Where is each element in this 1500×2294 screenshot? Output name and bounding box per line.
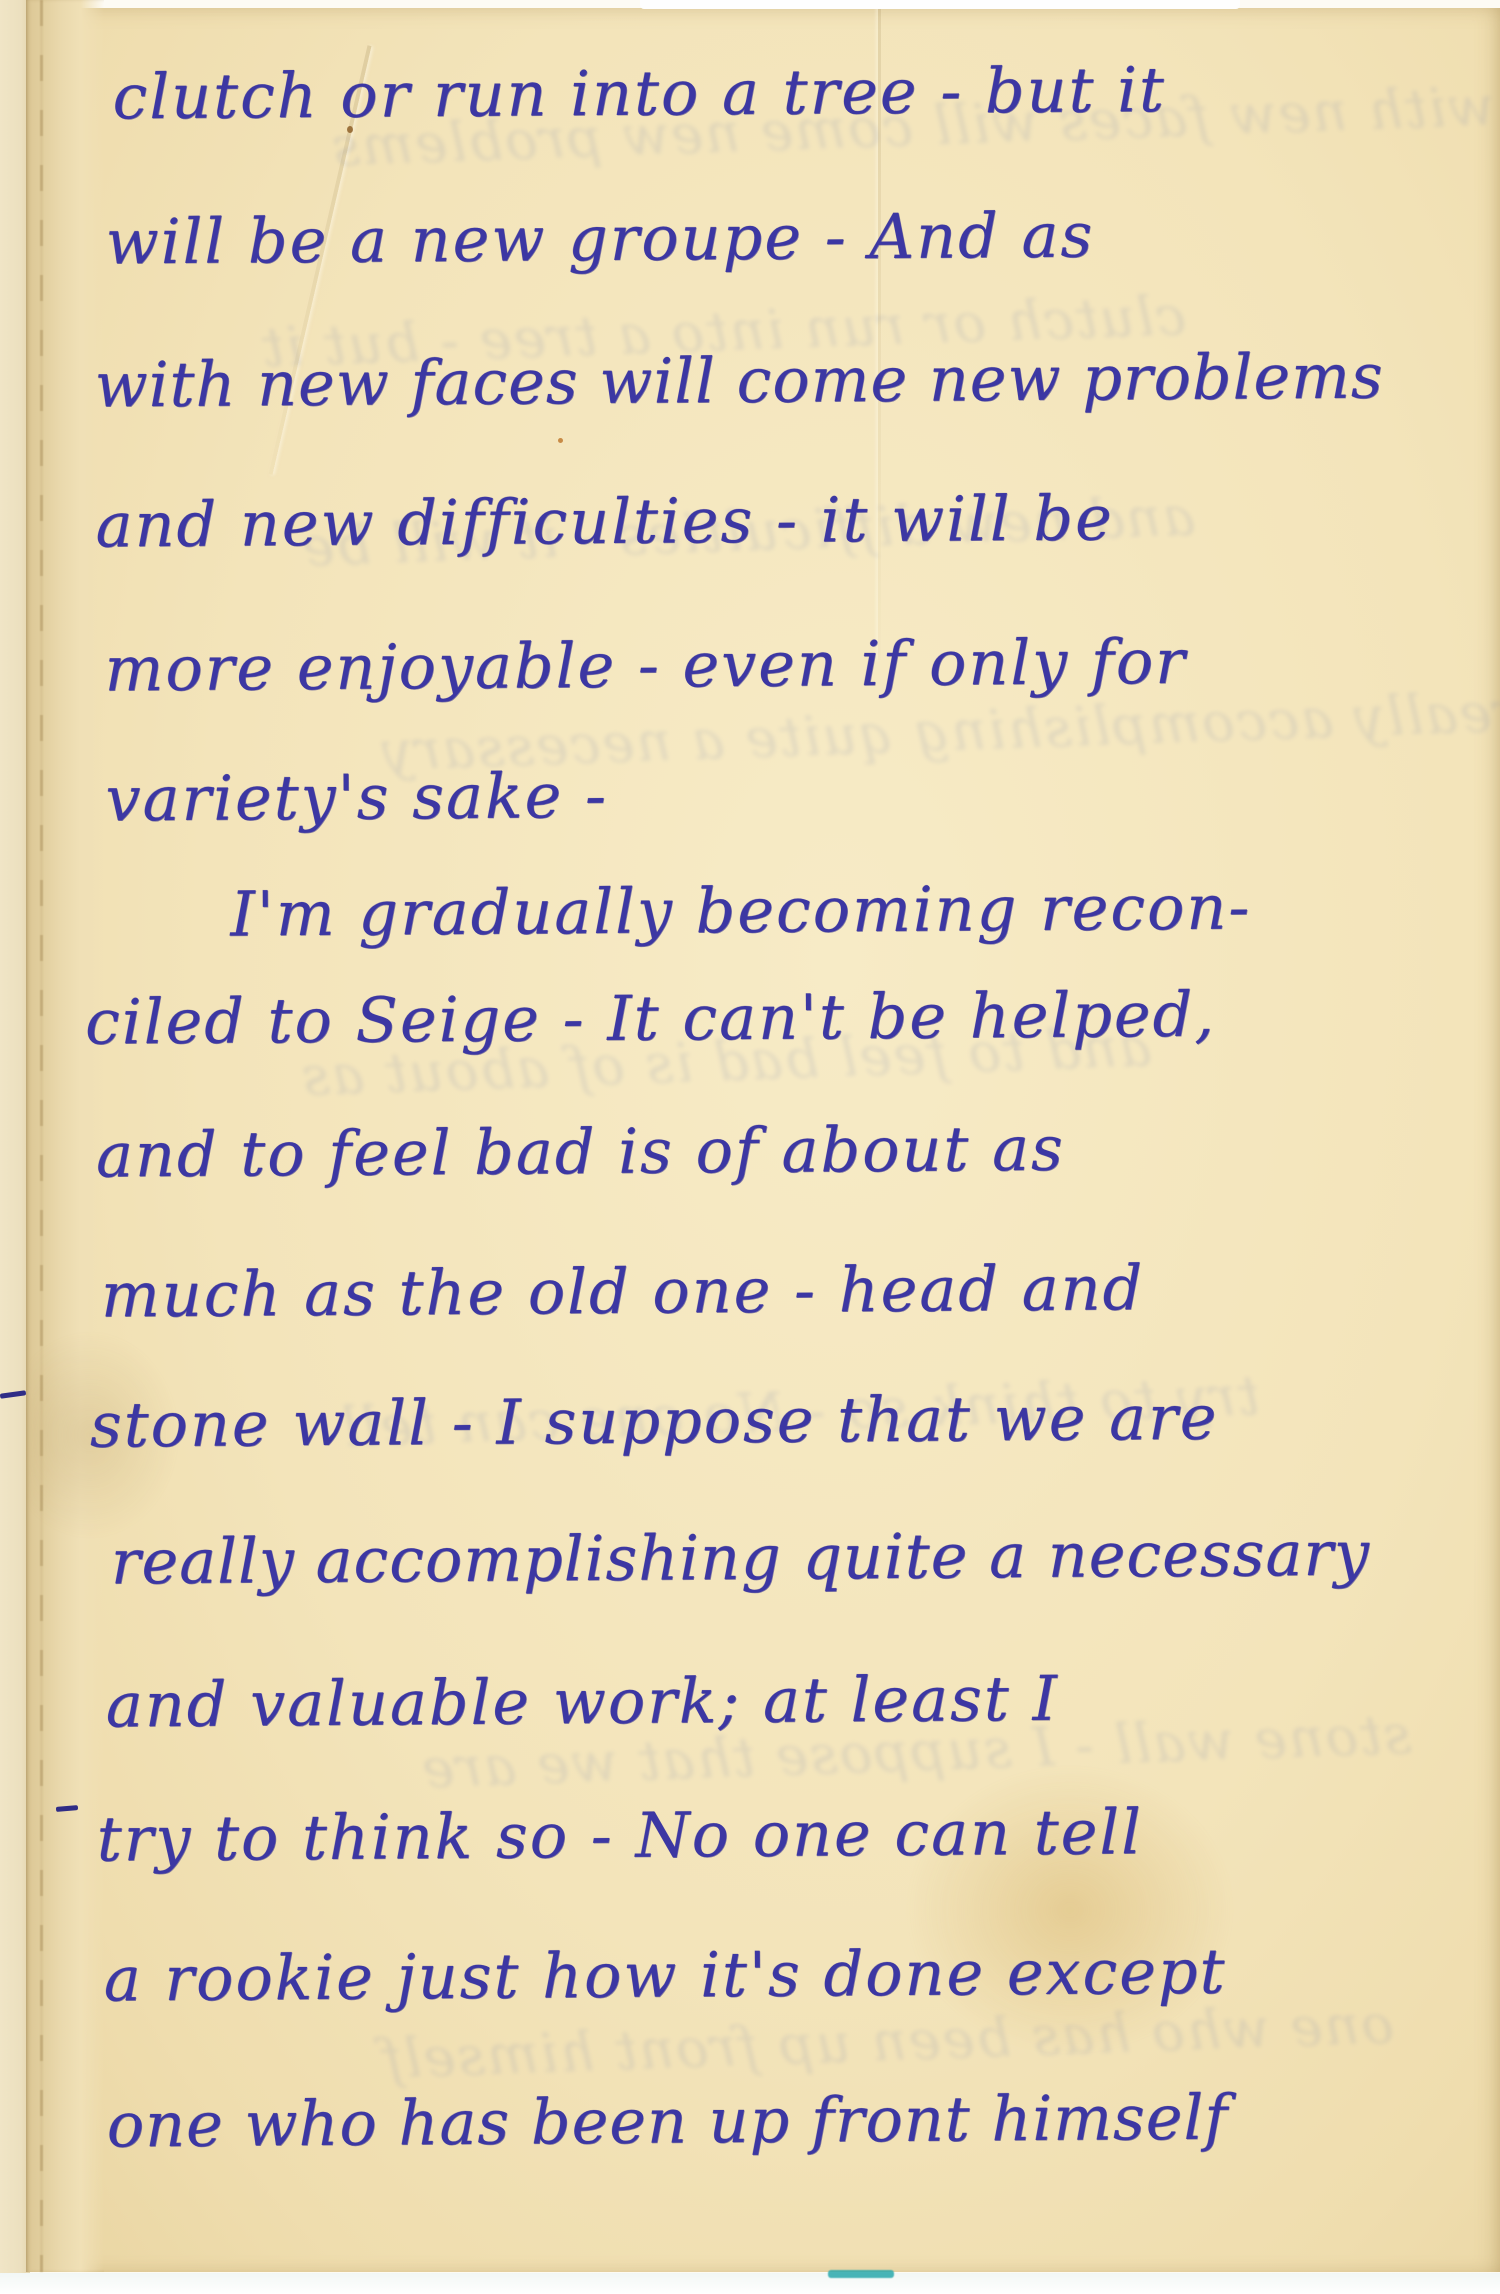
letter-line: stone wall - I suppose that we are — [90, 1382, 1219, 1461]
scanner-edge-top — [640, 0, 1240, 9]
letter-line: with new faces will come new problems — [94, 341, 1384, 421]
letter-line: variety's sake - — [105, 760, 608, 835]
letter-line: I'm gradually becoming recon- — [230, 871, 1251, 949]
letter-line: a rookie just how it's done except — [104, 1936, 1227, 2015]
letter-line: and new difficulties - it will be — [95, 482, 1114, 560]
letter-line: will be a new groupe - And as — [105, 200, 1094, 278]
letter-line: much as the old one - head and — [101, 1252, 1145, 1331]
teal-mark — [828, 2270, 894, 2278]
letter-line: really accomplishing quite a necessary — [111, 1518, 1371, 1598]
letter-lines: clutch or run into a tree - but itwill b… — [0, 0, 1500, 2294]
letter-line: and valuable work; at least I — [106, 1663, 1060, 1741]
letter-line: try to think so - No one can tell — [97, 1796, 1144, 1875]
letter-line: ciled to Seige - It can't be helped, — [85, 979, 1216, 1058]
letter-line: more enjoyable - even if only for — [104, 626, 1187, 705]
letter-line: one who has been up front himself — [107, 2082, 1229, 2161]
scanner-edge-bottom — [0, 2273, 1500, 2294]
letter-line: and to feel bad is of about as — [96, 1113, 1065, 1191]
scanned-letter: with new faces will come new problemsclu… — [0, 0, 1500, 2294]
letter-line: clutch or run into a tree - but it — [112, 54, 1166, 133]
